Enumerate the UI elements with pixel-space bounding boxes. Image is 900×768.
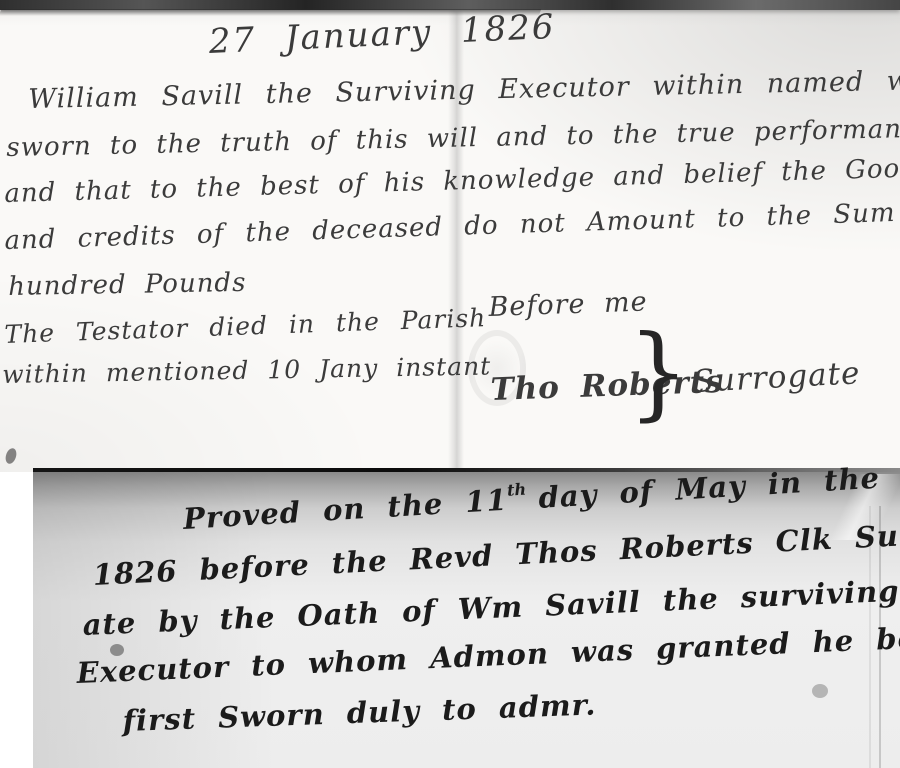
before-me-text: Before me	[488, 286, 648, 323]
signature-bracket: }	[628, 318, 690, 429]
body-line: William Savill the Surviving Executor wi…	[28, 65, 900, 115]
testator-note-line: The Testator died in the Parish	[4, 303, 487, 349]
ink-smudge	[812, 684, 828, 698]
top-scan-fragment: 27 January 1826 William Savill the Survi…	[0, 0, 900, 472]
body-line: hundred Pounds	[8, 268, 247, 302]
document-scan: 27 January 1826 William Savill the Survi…	[0, 0, 900, 768]
surrogate-title: Surrogate	[692, 355, 861, 400]
ordinal-superscript: th	[506, 480, 526, 500]
testator-note-line: within mentioned 10 Jany instant	[2, 351, 491, 389]
